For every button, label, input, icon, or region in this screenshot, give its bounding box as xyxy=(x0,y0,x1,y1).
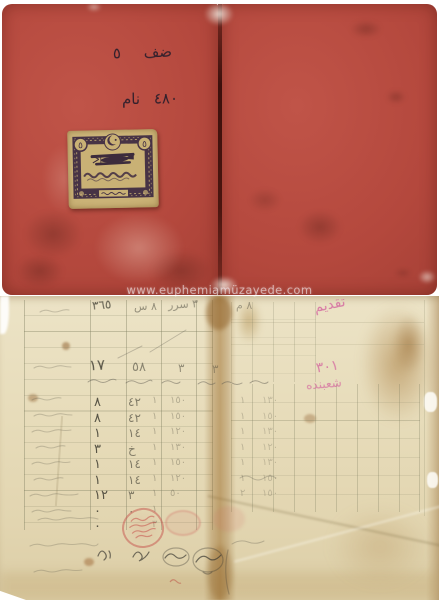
stamp-artwork: ٥ ٥ xyxy=(67,129,159,209)
ledger-cell: ١٣٠ xyxy=(262,396,278,406)
ledger-rows: ٨٤٢١١٥٠١١٣٠٨٤٢١١٥٠١١٥٠١١٤١١٢٠١١٣٠٣خ١١٣٠١… xyxy=(0,296,439,600)
ledger-cell: ٥٠ xyxy=(170,489,181,499)
ledger-cell: ١ xyxy=(240,474,245,484)
ledger-cell: ٤٢ xyxy=(128,412,141,424)
ledger-cell: ١ xyxy=(94,458,101,471)
ledger-cell: خ xyxy=(128,443,136,455)
ledger-cell: ١ xyxy=(152,474,157,484)
ledger-cell: ١٢ xyxy=(94,489,108,502)
stain-blot xyxy=(394,268,412,278)
ledger-cell: ١ xyxy=(152,396,157,406)
ledger-cell: ١٥٠ xyxy=(262,412,278,422)
cover-handwriting-line1: ضف ٥ xyxy=(88,45,172,63)
wear-scuff xyxy=(86,2,102,12)
ledger-cell: ١ xyxy=(152,458,157,468)
ledger-cell: ٨ xyxy=(94,412,101,425)
ledger-cell: ١٤ xyxy=(128,458,141,470)
ledger-cell: ١ xyxy=(152,412,157,422)
ledger-cell: ١٢٠ xyxy=(170,474,186,484)
faint-seal-stamp xyxy=(213,506,245,532)
stamp-denomination-left: ٥ xyxy=(78,141,83,151)
ledger-cell: ١٥٠ xyxy=(262,489,278,499)
pink-note-word: شعبنده xyxy=(306,376,343,391)
ledger-cell: ١٣٠ xyxy=(170,443,186,453)
ledger-cell: ١٥٠ xyxy=(262,474,278,484)
ledger-cell: ٠ xyxy=(94,505,101,518)
stain-blot xyxy=(24,210,82,258)
ledger-cell: ٨ xyxy=(94,396,101,409)
stain-blot xyxy=(350,20,382,38)
ledger-cell: ١٤ xyxy=(128,427,141,439)
cover-right-board xyxy=(221,4,437,295)
ledger-cell: ١٢٠ xyxy=(262,443,278,453)
ledger-cell: ١٢٠ xyxy=(170,427,186,437)
photo-of-document: ضف ٥ ٤٨٠ نام ٥ ٥ xyxy=(0,0,439,600)
cover-handwriting-line2: ٤٨٠ نام xyxy=(94,91,178,107)
stain-blot xyxy=(248,188,282,212)
stain-blot xyxy=(298,210,342,244)
cover-spine xyxy=(218,4,222,295)
ledger-cell: ١ xyxy=(152,427,157,437)
aviation-tax-stamp: ٥ ٥ xyxy=(67,129,159,209)
ledger-cell: ١ xyxy=(240,427,245,437)
faint-seal-stamp xyxy=(165,510,201,536)
ledger-cell: ١٥٠ xyxy=(170,412,186,422)
pink-note-number: ٣٠١ xyxy=(315,358,339,375)
ledger-cell: ١ xyxy=(152,489,157,499)
ledger-cell: ١٣٠ xyxy=(262,427,278,437)
ledger-cell: ٣ xyxy=(128,489,134,501)
ledger-cell: ١٤ xyxy=(128,474,141,486)
ledger-cell: ١٥٠ xyxy=(170,396,186,406)
ledger-cell: ١ xyxy=(240,412,245,422)
ledger-cell: ٣ xyxy=(94,443,101,456)
stamp-denomination-right: ٥ xyxy=(142,140,147,150)
wear-patch xyxy=(94,212,184,284)
watermark-text: www.euphemiamüzayede.com xyxy=(0,283,439,297)
ledger-cell: ١ xyxy=(152,443,157,453)
ledger-cell: ٤٢ xyxy=(128,396,141,408)
ledger-cell: ١ xyxy=(94,427,101,440)
ledger-cell: ١ xyxy=(94,474,101,487)
ledger-cell: ٢ xyxy=(240,489,245,499)
ledger-cell: ١ xyxy=(240,458,245,468)
wear-scuff xyxy=(204,2,234,26)
stain-blot xyxy=(386,90,406,104)
wear-scuff xyxy=(418,270,436,284)
ledger-cell: ١ xyxy=(240,443,245,453)
ledger-cell: ١٣٠ xyxy=(262,458,278,468)
ledger-cell: ١ xyxy=(240,396,245,406)
ledger-cell: ٠ xyxy=(94,520,101,533)
ledger-spread: ٣٦٥ ٨ س ٣ سرر ٨ م ١٧ ٥٨ ٣ ٣ ٨٤٢١١٥٠١١٣٠٨… xyxy=(0,296,439,600)
booklet-cover: ضف ٥ ٤٨٠ نام ٥ ٥ xyxy=(2,4,437,295)
ledger-cell: ١٥٠ xyxy=(170,458,186,468)
